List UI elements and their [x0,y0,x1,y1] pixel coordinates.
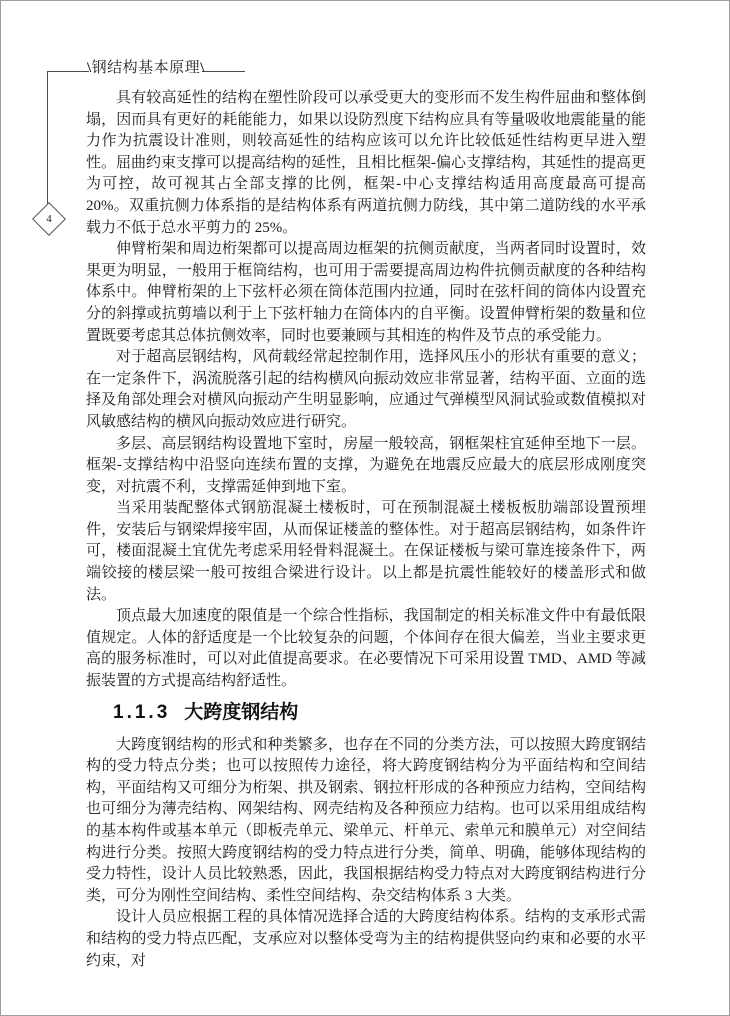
body-paragraph: 具有较高延性的结构在塑性阶段可以承受更大的变形而不发生构件屈曲和整体倒塌，因而具… [86,88,646,239]
body-paragraph: 伸臂桁架和周边桁架都可以提高周边框架的抗侧贡献度，当两者同时设置时，效果更为明显… [86,239,646,347]
body-paragraph: 顶点最大加速度的限值是一个综合性指标，我国制定的相关标准文件中有最低限值规定。人… [86,606,646,692]
body-paragraph: 对于超高层钢结构，风荷载经常起控制作用，选择风压小的形状有重要的意义；在一定条件… [86,347,646,433]
book-page: \钢结构基本原理\ 4 具有较高延性的结构在塑性阶段可以承受更大的变形而不发生构… [0,0,730,1016]
section-heading: 1.1.3 大跨度钢结构 [113,702,646,724]
body-paragraph: 大跨度钢结构的形式和种类繁多，也存在不同的分类方法，可以按照大跨度钢结构的受力特… [86,735,646,908]
running-head-deco-right: \ [200,60,205,76]
page-number: 4 [38,208,60,230]
page-number-diamond: 4 [32,202,66,236]
body-paragraph: 设计人员应根据工程的具体情况选择合适的大跨度结构体系。结构的支承形式需和结构的受… [86,907,646,972]
running-head-title: 钢结构基本原理 [92,60,201,76]
body-paragraph: 当采用装配整体式钢筋混凝土楼板时，可在预制混凝土楼板板肋端部设置预埋件，安装后与… [86,498,646,606]
body-text: 具有较高延性的结构在塑性阶段可以承受更大的变形而不发生构件屈曲和整体倒塌，因而具… [86,88,646,972]
section-heading-number: 1.1.3 [113,702,170,724]
header-rule-right [202,71,245,72]
body-paragraph: 多层、高层钢结构设置地下室时，房屋一般较高，钢框架柱宜延伸至地下一层。框架-支撑… [86,434,646,499]
running-head: \钢结构基本原理\ [87,56,205,77]
header-rule-left [47,71,89,72]
section-heading-title: 大跨度钢结构 [184,702,298,724]
margin-vertical-rule [47,71,48,205]
